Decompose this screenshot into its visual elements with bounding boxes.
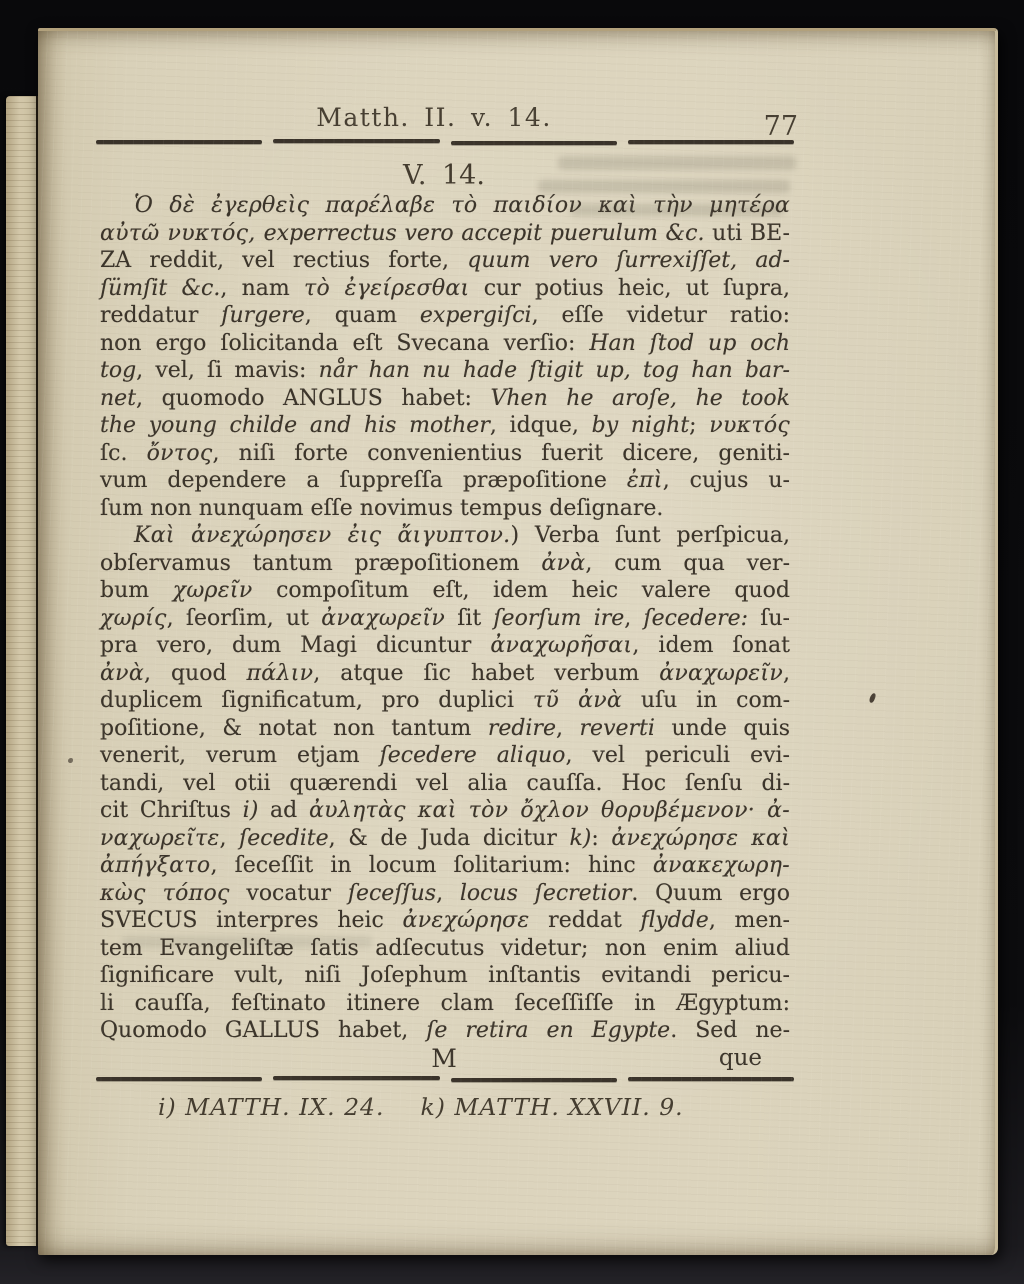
stacked-page-edges: [6, 96, 40, 1246]
text-run: ſecedere aliquo: [380, 743, 566, 768]
footnote-reference: i) MATTH. IX. 24.: [158, 1093, 384, 1121]
text-run: . Quum ergo: [631, 881, 790, 906]
text-run: ἀναχωρεῖν: [659, 661, 783, 686]
signature-mark: M: [100, 1044, 788, 1073]
header-divider-rule: [96, 140, 794, 144]
text-run: ἀνεχώρησε καὶ: [611, 826, 790, 851]
text-line: tandi, vel otii quærendi vel alia cauſſa…: [100, 770, 790, 798]
text-run: expergiſci: [420, 303, 532, 328]
footnotes: i) MATTH. IX. 24. k) MATTH. XXVII. 9.: [158, 1093, 684, 1121]
text-run: ἀνὰ: [100, 661, 144, 686]
text-run: ἀνεχώρησε: [403, 908, 530, 933]
text-run: ναχωρεῖτε: [100, 826, 220, 851]
text-line: net, quomodo ANGLUS habet: Vhen he aroſe…: [100, 385, 790, 413]
text-line: ἀνὰ, quod πάλιν, atque ſic habet verbum …: [100, 660, 790, 688]
text-run: SVECUS interpres heic: [100, 908, 403, 933]
text-run: , nam: [220, 276, 304, 301]
text-run: experrectus vero accepit puerulum &c.: [264, 221, 705, 246]
text-line: χωρίς, ſeorſim, ut ἀναχωρεῖν ſit ſeorſum…: [100, 605, 790, 633]
text-run: reverti: [580, 716, 655, 741]
text-run: ſe retira en Egypte: [426, 1018, 670, 1043]
text-run: uſu in com-: [622, 688, 790, 713]
text-line: Quomodo GALLUS habet, ſe retira en Egypt…: [100, 1017, 790, 1045]
text-line: obſervamus tantum præpoſitionem ἀνὰ, cum…: [100, 550, 790, 578]
text-run: tog: [100, 358, 136, 383]
book-page: Matth. II. v. 14. 77 V. 14. Ὁ δὲ ἐγερθεὶ…: [38, 28, 998, 1255]
text-run: ὄντος: [147, 441, 213, 466]
text-line: Ὁ δὲ ἐγερθεὶς παρέλαβε τὸ παιδίον καὶ τὴ…: [100, 192, 790, 220]
text-line: αὐτῶ νυκτός, experrectus vero accepit pu…: [100, 220, 790, 248]
text-run: ἀνὰ: [541, 551, 585, 576]
text-run: , eſſe videtur ratio:: [532, 303, 790, 328]
text-line: non ergo ſolicitanda eſt Svecana verſio:…: [100, 330, 790, 358]
text-run: , quam: [305, 303, 420, 328]
text-run: Καὶ ἀνεχώρησεν ἐις ἄιγυπτον.: [134, 523, 510, 548]
text-line: pra vero, dum Magi dicuntur ἀναχωρῆσαι, …: [100, 632, 790, 660]
text-run: by night: [592, 413, 690, 438]
footnote-divider-rule: [96, 1077, 794, 1081]
text-run: κὼς τόπος: [100, 881, 230, 906]
text-run: the young childe and his mother: [100, 413, 490, 438]
text-run: ,: [220, 826, 240, 851]
rule-segment: [451, 1078, 617, 1082]
text-run: unde quis: [655, 716, 790, 741]
text-run: ſümſit &c.: [100, 276, 220, 301]
text-line: tog, vel, ſi mavis: når han nu hade ſtig…: [100, 357, 790, 385]
text-line: tem Evangeliſtæ ſatis adſecutus videtur;…: [100, 935, 790, 963]
text-run: πάλιν: [247, 661, 314, 686]
text-run: cit Chriſtus: [100, 798, 243, 823]
text-run: , ſeceſſit in locum ſolitarium: hinc: [210, 853, 652, 878]
text-run: Ὁ δὲ ἐγερθεὶς παρέλαβε τὸ παιδίον καὶ τὴ…: [134, 193, 790, 218]
text-run: ἀναχωρῆσαι: [490, 633, 632, 658]
text-run: , niſi forte convenientius fuerit dicere…: [213, 441, 790, 466]
text-run: ſeorſum ire: [493, 606, 624, 631]
text-run: ſignificare vult, niſi Joſephum inſtanti…: [100, 963, 790, 988]
text-line: reddatur ſurgere, quam expergiſci, eſſe …: [100, 302, 790, 330]
rule-segment: [96, 140, 262, 144]
text-run: ,: [624, 606, 643, 631]
text-run: ſecedite: [239, 826, 328, 851]
text-run: , cum qua ver-: [585, 551, 790, 576]
text-run: venerit, verum etjam: [100, 743, 380, 768]
text-run: tandi, vel otii quærendi vel alia cauſſa…: [100, 771, 790, 796]
text-run: ad: [258, 798, 309, 823]
text-run: ſit: [445, 606, 493, 631]
text-line: venerit, verum etjam ſecedere aliquo, ve…: [100, 742, 790, 770]
text-line: ſum non nunquam eſſe novimus tempus deſi…: [100, 495, 790, 523]
text-run: Quomodo GALLUS habet,: [100, 1018, 426, 1043]
rule-segment: [96, 1077, 262, 1081]
text-run: compoſitum eſt, idem heic valere quod: [253, 578, 791, 603]
text-run: flydde: [641, 908, 709, 933]
text-line: ſc. ὄντος, niſi forte convenientius fuer…: [100, 440, 790, 468]
text-run: redire: [488, 716, 556, 741]
rule-segment: [628, 140, 794, 144]
text-line: ſümſit &c., nam τὸ ἐγείρεσθαι cur potius…: [100, 275, 790, 303]
text-run: vum dependere a ſuppreſſa præpoſitione: [100, 468, 627, 493]
text-run: poſitione, & notat non tantum: [100, 716, 488, 741]
text-run: ;: [689, 413, 709, 438]
text-run: ἀναχωρεῖν: [321, 606, 445, 631]
rule-segment: [628, 1077, 794, 1081]
text-run: net: [100, 386, 136, 411]
text-run: ,: [783, 661, 790, 686]
text-run: ἀνακεχωρη-: [653, 853, 790, 878]
text-run: ,: [436, 881, 460, 906]
text-run: ſurgere: [221, 303, 304, 328]
text-line: ναχωρεῖτε, ſecedite, & de Juda dicitur k…: [100, 825, 790, 853]
text-run: ἐπὶ: [627, 468, 663, 493]
text-run: cur potius heic, ut ſupra,: [469, 276, 790, 301]
text-line: SVECUS interpres heic ἀνεχώρησε reddat f…: [100, 907, 790, 935]
text-run: τὸ ἐγείρεσθαι: [304, 276, 469, 301]
text-run: ZA reddit, vel rectius forte,: [100, 248, 467, 273]
text-run: , vel periculi evi-: [565, 743, 790, 768]
ink-speck: [68, 758, 73, 763]
text-run: χωρίς: [100, 606, 167, 631]
text-run: pra vero, dum Magi dicuntur: [100, 633, 490, 658]
text-run: uti BE-: [704, 221, 790, 246]
text-run: , vel, ſi mavis:: [136, 358, 318, 383]
text-run: Han ſtod up och: [589, 331, 790, 356]
text-run: non ergo ſolicitanda eſt Svecana verſio:: [100, 331, 589, 356]
ink-speck: [869, 692, 877, 703]
footnote-reference: k) MATTH. XXVII. 9.: [420, 1093, 683, 1121]
text-run: reddat: [530, 908, 641, 933]
text-run: αὐτῶ νυκτός,: [100, 221, 264, 246]
text-run: , ſeorſim, ut: [167, 606, 322, 631]
text-line: the young childe and his mother, idque, …: [100, 412, 790, 440]
rule-segment: [273, 1076, 439, 1080]
text-line: ZA reddit, vel rectius forte, quum vero …: [100, 247, 790, 275]
text-run: i): [243, 798, 259, 823]
text-run: :: [591, 826, 611, 851]
catchword: que: [719, 1045, 762, 1071]
text-run: , quomodo ANGLUS habet:: [136, 386, 490, 411]
text-line: duplicem ſignificatum, pro duplici τῦ ἀν…: [100, 687, 790, 715]
text-run: ,: [556, 716, 580, 741]
text-run: ſecedere:: [643, 606, 748, 631]
text-run: , quod: [144, 661, 247, 686]
rule-segment: [273, 139, 439, 143]
page-number: 77: [738, 111, 798, 142]
text-run: , cujus u-: [663, 468, 790, 493]
signature-row: M que: [100, 1044, 788, 1072]
text-run: , idem ſonat: [632, 633, 790, 658]
text-run: χωρεῖν: [173, 578, 253, 603]
text-run: ἀπήγξατο: [100, 853, 210, 878]
text-run: quum vero ſurrexiſſet, ad-: [467, 248, 790, 273]
text-run: , idque,: [490, 413, 592, 438]
text-run: , & de Juda dicitur: [329, 826, 570, 851]
text-run: τῦ ἀνὰ: [533, 688, 622, 713]
text-run: reddatur: [100, 303, 221, 328]
text-run: vocatur: [230, 881, 348, 906]
text-run: k): [569, 826, 591, 851]
text-run: duplicem ſignificatum, pro duplici: [100, 688, 533, 713]
text-run: li cauſſa, feſtinato itinere clam ſeceſſ…: [100, 991, 790, 1016]
text-run: ſeceſſus: [348, 881, 436, 906]
book-photo: Matth. II. v. 14. 77 V. 14. Ὁ δὲ ἐγερθεὶ…: [0, 0, 1024, 1284]
text-run: obſervamus tantum præpoſitionem: [100, 551, 541, 576]
text-run: bum: [100, 578, 173, 603]
text-line: poſitione, & notat non tantum redire, re…: [100, 715, 790, 743]
text-line: li cauſſa, feſtinato itinere clam ſeceſſ…: [100, 990, 790, 1018]
text-run: νυκτός: [709, 413, 790, 438]
text-run: ſu-: [748, 606, 790, 631]
rule-segment: [451, 141, 617, 145]
text-run: locus ſecretior: [460, 881, 632, 906]
text-run: . Sed ne-: [670, 1018, 790, 1043]
text-line: cit Chriſtus i) ad ἀυλητὰς καὶ τὸν ὄχλον…: [100, 797, 790, 825]
body-text: Ὁ δὲ ἐγερθεὶς παρέλαβε τὸ παιδίον καὶ τὴ…: [100, 192, 790, 1045]
text-run: , atque ſic habet verbum: [313, 661, 659, 686]
text-run: ἀυλητὰς καὶ τὸν ὄχλον θορυβέμενον· ἀ-: [309, 798, 790, 823]
text-run: tem Evangeliſtæ ſatis adſecutus videtur;…: [100, 936, 790, 961]
text-line: bum χωρεῖν compoſitum eſt, idem heic val…: [100, 577, 790, 605]
text-run: ſc.: [100, 441, 147, 466]
text-run: , men-: [709, 908, 790, 933]
text-run: ) Verba ſunt perſpicua,: [510, 523, 790, 548]
text-run: når han nu hade ſtigit up, tog han bar-: [319, 358, 790, 383]
text-line: Καὶ ἀνεχώρησεν ἐις ἄιγυπτον.) Verba ſunt…: [100, 522, 790, 550]
text-run: ſum non nunquam eſſe novimus tempus deſi…: [100, 496, 663, 521]
section-heading: V. 14.: [100, 160, 788, 191]
text-line: ἀπήγξατο, ſeceſſit in locum ſolitarium: …: [100, 852, 790, 880]
text-line: ſignificare vult, niſi Joſephum inſtanti…: [100, 962, 790, 990]
text-line: κὼς τόπος vocatur ſeceſſus, locus ſecret…: [100, 880, 790, 908]
text-line: vum dependere a ſuppreſſa præpoſitione ἐ…: [100, 467, 790, 495]
text-run: Vhen he aroſe, he took: [491, 386, 791, 411]
running-head: Matth. II. v. 14.: [90, 103, 778, 132]
